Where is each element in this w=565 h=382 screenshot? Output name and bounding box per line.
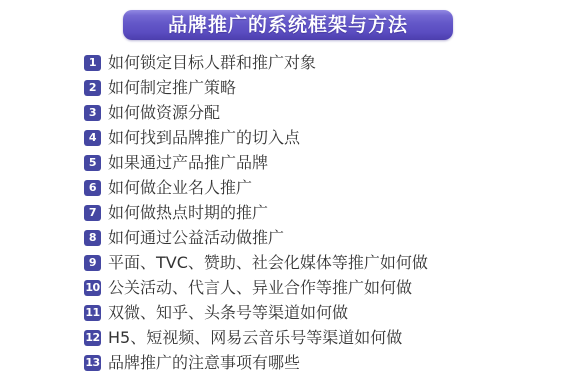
list-item: 4 如何找到品牌推广的切入点 (84, 125, 554, 150)
list-item: 9 平面、TVC、赞助、社会化媒体等推广如何做 (84, 250, 554, 275)
item-text: 如何通过公益活动做推广 (108, 230, 284, 246)
item-text: 品牌推广的注意事项有哪些 (108, 355, 300, 371)
list-item: 10 公关活动、代言人、异业合作等推广如何做 (84, 275, 554, 300)
item-text: 如何制定推广策略 (108, 80, 236, 96)
item-number-badge: 2 (84, 80, 101, 96)
item-number-badge: 1 (84, 55, 101, 71)
page: 品牌推广的系统框架与方法 1 如何锁定目标人群和推广对象 2 如何制定推广策略 … (0, 0, 565, 382)
list-item: 3 如何做资源分配 (84, 100, 554, 125)
header-banner: 品牌推广的系统框架与方法 (123, 10, 453, 40)
item-text: 如何做企业名人推广 (108, 180, 252, 196)
item-text: 如果通过产品推广品牌 (108, 155, 268, 171)
item-number-badge: 9 (84, 255, 101, 271)
list-item: 8 如何通过公益活动做推广 (84, 225, 554, 250)
item-number-badge: 5 (84, 155, 101, 171)
item-text: 双微、知乎、头条号等渠道如何做 (108, 305, 348, 321)
topic-list: 1 如何锁定目标人群和推广对象 2 如何制定推广策略 3 如何做资源分配 4 如… (84, 50, 554, 375)
list-item: 1 如何锁定目标人群和推广对象 (84, 50, 554, 75)
list-item: 5 如果通过产品推广品牌 (84, 150, 554, 175)
item-number-badge: 13 (84, 355, 101, 371)
item-number-badge: 7 (84, 205, 101, 221)
list-item: 7 如何做热点时期的推广 (84, 200, 554, 225)
item-text: 平面、TVC、赞助、社会化媒体等推广如何做 (108, 255, 428, 271)
list-item: 11 双微、知乎、头条号等渠道如何做 (84, 300, 554, 325)
item-number-badge: 8 (84, 230, 101, 246)
list-item: 13 品牌推广的注意事项有哪些 (84, 350, 554, 375)
item-text: H5、短视频、网易云音乐号等渠道如何做 (108, 330, 402, 346)
item-text: 公关活动、代言人、异业合作等推广如何做 (108, 280, 412, 296)
item-text: 如何做资源分配 (108, 105, 220, 121)
item-number-badge: 3 (84, 105, 101, 121)
item-text: 如何锁定目标人群和推广对象 (108, 55, 316, 71)
item-number-badge: 4 (84, 130, 101, 146)
item-text: 如何找到品牌推广的切入点 (108, 130, 300, 146)
item-number-badge: 6 (84, 180, 101, 196)
list-item: 12 H5、短视频、网易云音乐号等渠道如何做 (84, 325, 554, 350)
list-item: 2 如何制定推广策略 (84, 75, 554, 100)
list-item: 6 如何做企业名人推广 (84, 175, 554, 200)
page-title: 品牌推广的系统框架与方法 (168, 16, 408, 35)
item-text: 如何做热点时期的推广 (108, 205, 268, 221)
item-number-badge: 10 (84, 280, 101, 296)
item-number-badge: 12 (84, 330, 101, 346)
item-number-badge: 11 (84, 305, 101, 321)
